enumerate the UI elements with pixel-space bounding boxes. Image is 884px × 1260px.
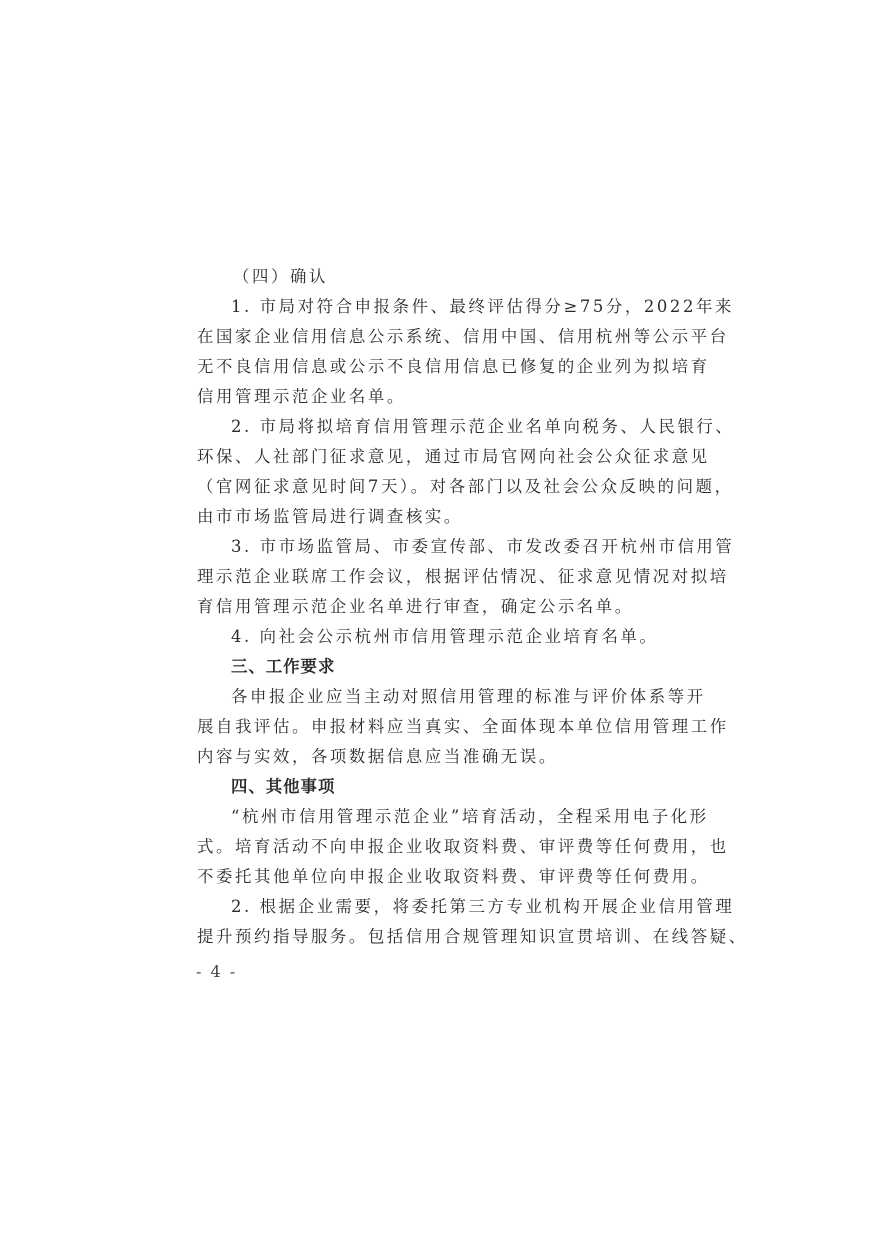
paragraph-line: 无不良信用信息或公示不良信用信息已修复的企业列为拟培育	[197, 352, 673, 382]
section-title-other-matters: 四、其他事项	[197, 772, 673, 802]
paragraph-line: 4. 向社会公示杭州市信用管理示范企业培育名单。	[197, 622, 673, 652]
confirm-item-3: 3. 市市场监管局、市委宣传部、市发改委召开杭州市信用管 理示范企业联席工作会议…	[197, 532, 673, 622]
paragraph-line: 展自我评估。申报材料应当真实、全面体现本单位信用管理工作	[197, 712, 673, 742]
paragraph-line: 信用管理示范企业名单。	[197, 382, 673, 412]
paragraph-line: 育信用管理示范企业名单进行审查，确定公示名单。	[197, 592, 673, 622]
paragraph-line: 在国家企业信用信息公示系统、信用中国、信用杭州等公示平台	[197, 322, 673, 352]
other-matters-paragraph-2: 2. 根据企业需要，将委托第三方专业机构开展企业信用管理 提升预约指导服务。包括…	[197, 892, 673, 952]
paragraph-line: 不委托其他单位向申报企业收取资料费、审评费等任何费用。	[197, 862, 673, 892]
paragraph-line: 2. 市局将拟培育信用管理示范企业名单向税务、人民银行、	[197, 412, 673, 442]
confirm-item-4: 4. 向社会公示杭州市信用管理示范企业培育名单。	[197, 622, 673, 652]
document-page: （四）确认 1. 市局对符合申报条件、最终评估得分≥75分，2022年来 在国家…	[197, 262, 673, 952]
paragraph-line: 由市市场监管局进行调查核实。	[197, 502, 673, 532]
paragraph-line: 理示范企业联席工作会议，根据评估情况、征求意见情况对拟培	[197, 562, 673, 592]
paragraph-line: 环保、人社部门征求意见，通过市局官网向社会公众征求意见	[197, 442, 673, 472]
confirm-item-1: 1. 市局对符合申报条件、最终评估得分≥75分，2022年来 在国家企业信用信息…	[197, 292, 673, 412]
page-number: - 4 -	[196, 962, 237, 981]
other-matters-paragraph-1: “杭州市信用管理示范企业”培育活动，全程采用电子化形 式。培育活动不向申报企业收…	[197, 802, 673, 892]
section-title-work-requirements: 三、工作要求	[197, 652, 673, 682]
confirm-item-2: 2. 市局将拟培育信用管理示范企业名单向税务、人民银行、 环保、人社部门征求意见…	[197, 412, 673, 532]
subsection-title-confirm: （四）确认	[197, 262, 673, 292]
paragraph-line: 各申报企业应当主动对照信用管理的标准与评价体系等开	[197, 682, 673, 712]
paragraph-line: （官网征求意见时间7天）。对各部门以及社会公众反映的问题，	[197, 472, 673, 502]
paragraph-line: 式。培育活动不向申报企业收取资料费、审评费等任何费用，也	[197, 832, 673, 862]
paragraph-line: “杭州市信用管理示范企业”培育活动，全程采用电子化形	[197, 802, 673, 832]
work-requirements-paragraph: 各申报企业应当主动对照信用管理的标准与评价体系等开 展自我评估。申报材料应当真实…	[197, 682, 673, 772]
paragraph-line: 2. 根据企业需要，将委托第三方专业机构开展企业信用管理	[197, 892, 673, 922]
paragraph-line: 1. 市局对符合申报条件、最终评估得分≥75分，2022年来	[197, 292, 673, 322]
paragraph-line: 内容与实效，各项数据信息应当准确无误。	[197, 742, 673, 772]
paragraph-line: 提升预约指导服务。包括信用合规管理知识宣贯培训、在线答疑、	[197, 922, 673, 952]
paragraph-line: 3. 市市场监管局、市委宣传部、市发改委召开杭州市信用管	[197, 532, 673, 562]
